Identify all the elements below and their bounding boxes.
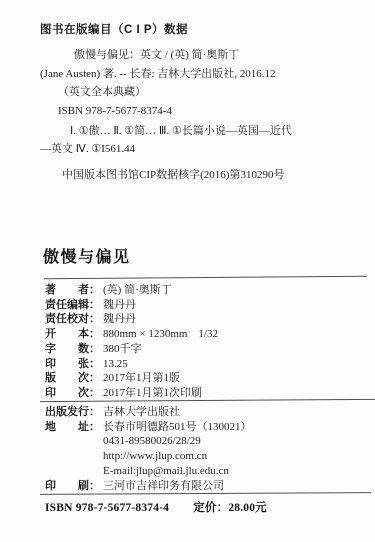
colophon-value: 魏丹丹	[103, 298, 136, 313]
price: 定价： 28.00元	[193, 499, 267, 515]
cip-register-number: 中国版本图书馆CIP数据核字(2016)第310290号	[62, 166, 284, 182]
cip-record: 傲慢与偏见：英文 / (英) 简·奥斯丁 (Jane Austen) 著. --…	[40, 46, 350, 120]
catalog-entry-line: —英文 Ⅳ. ①I561.44	[40, 140, 340, 158]
catalog-entry-line: Ⅰ. ①傲… Ⅱ. ①简… Ⅲ. ①长篇小说—英国—近代	[40, 122, 340, 140]
publisher-label: 印 刷：	[45, 479, 103, 494]
colophon-label: 责任校对：	[45, 312, 103, 327]
publisher-value: http://www.jlup.com.cn	[103, 449, 207, 464]
colophon-label: 开 本：	[45, 327, 103, 342]
colophon-value: (英) 简·奥斯丁	[103, 283, 172, 298]
publisher-value: 三河市吉祥印务有限公司	[103, 479, 224, 494]
book-title: 傲慢与偏见	[43, 244, 131, 267]
cip-record-isbn: ISBN 978-7-5677-8374-4	[40, 102, 350, 121]
publisher-value: 吉林大学出版社	[103, 405, 180, 420]
isbn-price-row: ISBN 978-7-5677-8374-4 定价： 28.00元	[45, 499, 267, 515]
colophon-value: 2017年1月第1版	[103, 371, 180, 386]
publisher-row: 地 址： 长春市明德路501号（130021）	[45, 420, 252, 435]
publisher-label	[45, 434, 103, 449]
colophon-row: 开 本： 880mm × 1230mm 1/32	[45, 327, 218, 342]
publisher-table: 出版发行： 吉林大学出版社 地 址： 长春市明德路501号（130021） 04…	[45, 405, 252, 493]
colophon-row: 责任校对： 魏丹丹	[45, 312, 218, 327]
colophon-label: 印 次：	[45, 386, 103, 401]
divider-top	[44, 276, 367, 280]
colophon-value: 380千字	[103, 342, 142, 357]
publisher-label: 地 址：	[45, 420, 103, 435]
price-value: 28.00元	[228, 499, 267, 515]
price-label: 定价：	[193, 499, 228, 515]
catalog-entry: Ⅰ. ①傲… Ⅱ. ①简… Ⅲ. ①长篇小说—英国—近代 —英文 Ⅳ. ①I56…	[40, 122, 340, 158]
colophon-row: 版 次： 2017年1月第1版	[45, 371, 218, 386]
publisher-row: 印 刷： 三河市吉祥印务有限公司	[45, 479, 252, 494]
colophon-label: 责任编辑：	[45, 298, 103, 313]
publisher-label	[45, 449, 103, 464]
publisher-label	[45, 464, 103, 479]
publisher-row: 出版发行： 吉林大学出版社	[45, 405, 252, 420]
colophon-value: 魏丹丹	[103, 312, 136, 327]
copyright-page: 图书在版编目（C I P）数据 傲慢与偏见：英文 / (英) 简·奥斯丁 (Ja…	[0, 0, 375, 542]
colophon-value: 880mm × 1230mm 1/32	[103, 327, 218, 342]
colophon-row: 印 次： 2017年1月第1次印刷	[45, 386, 218, 401]
colophon-row: 印 张： 13.25	[45, 357, 218, 372]
publisher-row: http://www.jlup.com.cn	[45, 449, 252, 464]
colophon-label: 字 数：	[45, 342, 103, 357]
colophon-row: 责任编辑： 魏丹丹	[45, 298, 218, 313]
cip-record-line: (Jane Austen) 著. -- 长春: 吉林大学出版社, 2016.12	[40, 65, 350, 84]
colophon-table: 著 者： (英) 简·奥斯丁 责任编辑： 魏丹丹 责任校对： 魏丹丹 开 本： …	[45, 283, 218, 401]
colophon-value: 2017年1月第1次印刷	[103, 386, 202, 401]
colophon-row: 著 者： (英) 简·奥斯丁	[45, 283, 218, 298]
cip-heading: 图书在版编目（C I P）数据	[40, 21, 188, 37]
publisher-row: 0431-89580026/28/29	[45, 434, 252, 449]
cip-record-line: （英文全本典藏）	[40, 83, 350, 102]
isbn-text: ISBN 978-7-5677-8374-4	[45, 502, 169, 514]
publisher-row: E-mail:jlup@mail.jlu.edu.cn	[45, 464, 252, 479]
colophon-label: 版 次：	[45, 371, 103, 386]
publisher-value: 长春市明德路501号（130021）	[103, 420, 252, 435]
publisher-value: E-mail:jlup@mail.jlu.edu.cn	[103, 464, 229, 479]
colophon-value: 13.25	[103, 357, 128, 372]
colophon-label: 印 张：	[45, 357, 103, 372]
colophon-label: 著 者：	[45, 283, 103, 298]
colophon-row: 字 数： 380千字	[45, 342, 218, 357]
publisher-value: 0431-89580026/28/29	[103, 434, 201, 449]
publisher-label: 出版发行：	[45, 405, 103, 420]
cip-record-line: 傲慢与偏见：英文 / (英) 简·奥斯丁	[40, 46, 350, 65]
